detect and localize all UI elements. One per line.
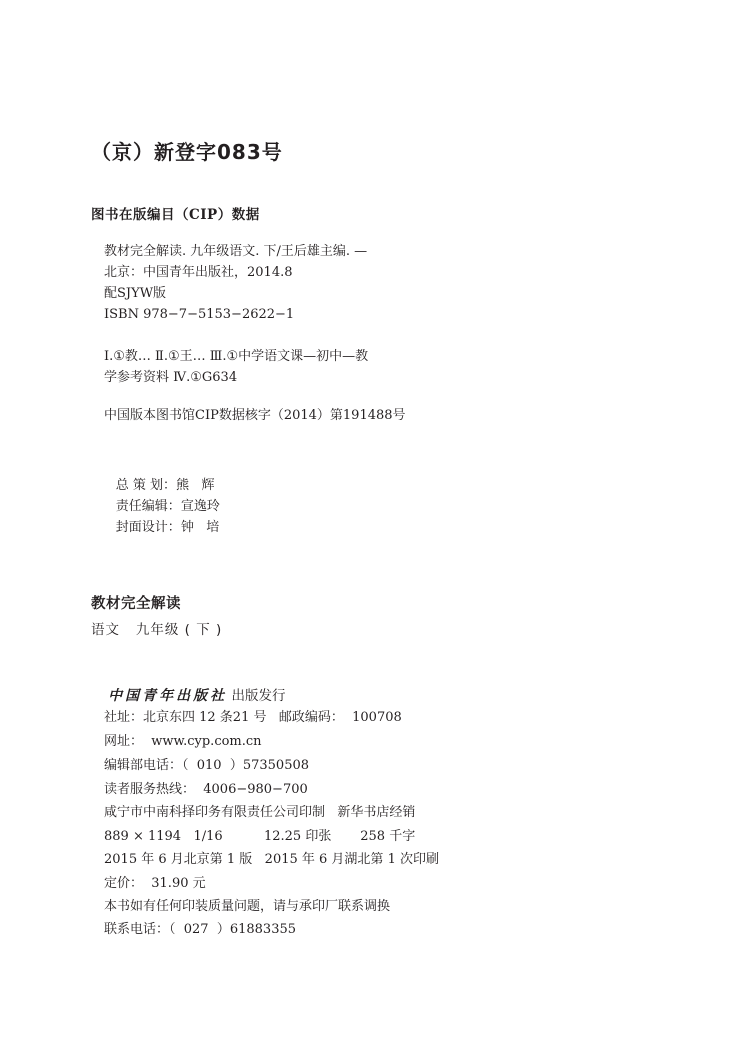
format-specs: 889 × 1194 1/16 12.25 印张 258 千字	[104, 830, 415, 843]
isbn: ISBN 978−7−5153−2622−1	[104, 308, 294, 321]
website: 网址： www.cyp.com.cn	[104, 735, 262, 748]
printer: 咸宁市中南科择印务有限责任公司印制 新华书店经销	[104, 806, 415, 819]
cip-line: 北京：中国青年出版社，2014.8	[104, 266, 293, 279]
cip-classification: 学参考资料 Ⅳ.①G634	[104, 371, 237, 384]
book-subtitle: 语文 九年级 ( 下 )	[91, 624, 222, 638]
book-title: 教材完全解读	[91, 597, 181, 612]
contact-phone: 联系电话：（ 027 ）61883355	[104, 923, 296, 936]
credit-cover-design: 封面设计：钟 培	[91, 508, 219, 547]
price: 定价： 31.90 元	[104, 877, 206, 890]
registration-number: （京）新登字083号	[91, 142, 283, 162]
cip-number: 中国版本图书馆CIP数据核字（2014）第191488号	[104, 409, 406, 422]
cip-line: 配SJYW版	[104, 287, 166, 300]
editorial-phone: 编辑部电话：（ 010 ）57350508	[104, 759, 309, 772]
reader-hotline: 读者服务热线： 4006−980−700	[104, 783, 308, 796]
cip-heading: 图书在版编目（CIP）数据	[91, 209, 260, 223]
credit-name: 钟 培	[181, 520, 219, 535]
cip-classification: Ⅰ.①教… Ⅱ.①王… Ⅲ.①中学语文课—初中—教	[104, 350, 368, 363]
cip-line: 教材完全解读. 九年级语文. 下/王后雄主编. —	[104, 245, 367, 258]
quality-notice: 本书如有任何印装质量问题，请与承印厂联系调换	[104, 900, 390, 913]
edition-info: 2015 年 6 月北京第 1 版 2015 年 6 月湖北第 1 次印刷	[104, 853, 439, 866]
publisher-suffix: 出版发行	[227, 688, 285, 704]
publisher-logo: 中国青年出版社	[108, 688, 227, 704]
credit-role: 封面设计：	[116, 520, 181, 535]
address: 社址：北京东四 12 条21 号 邮政编码： 100708	[104, 711, 402, 724]
